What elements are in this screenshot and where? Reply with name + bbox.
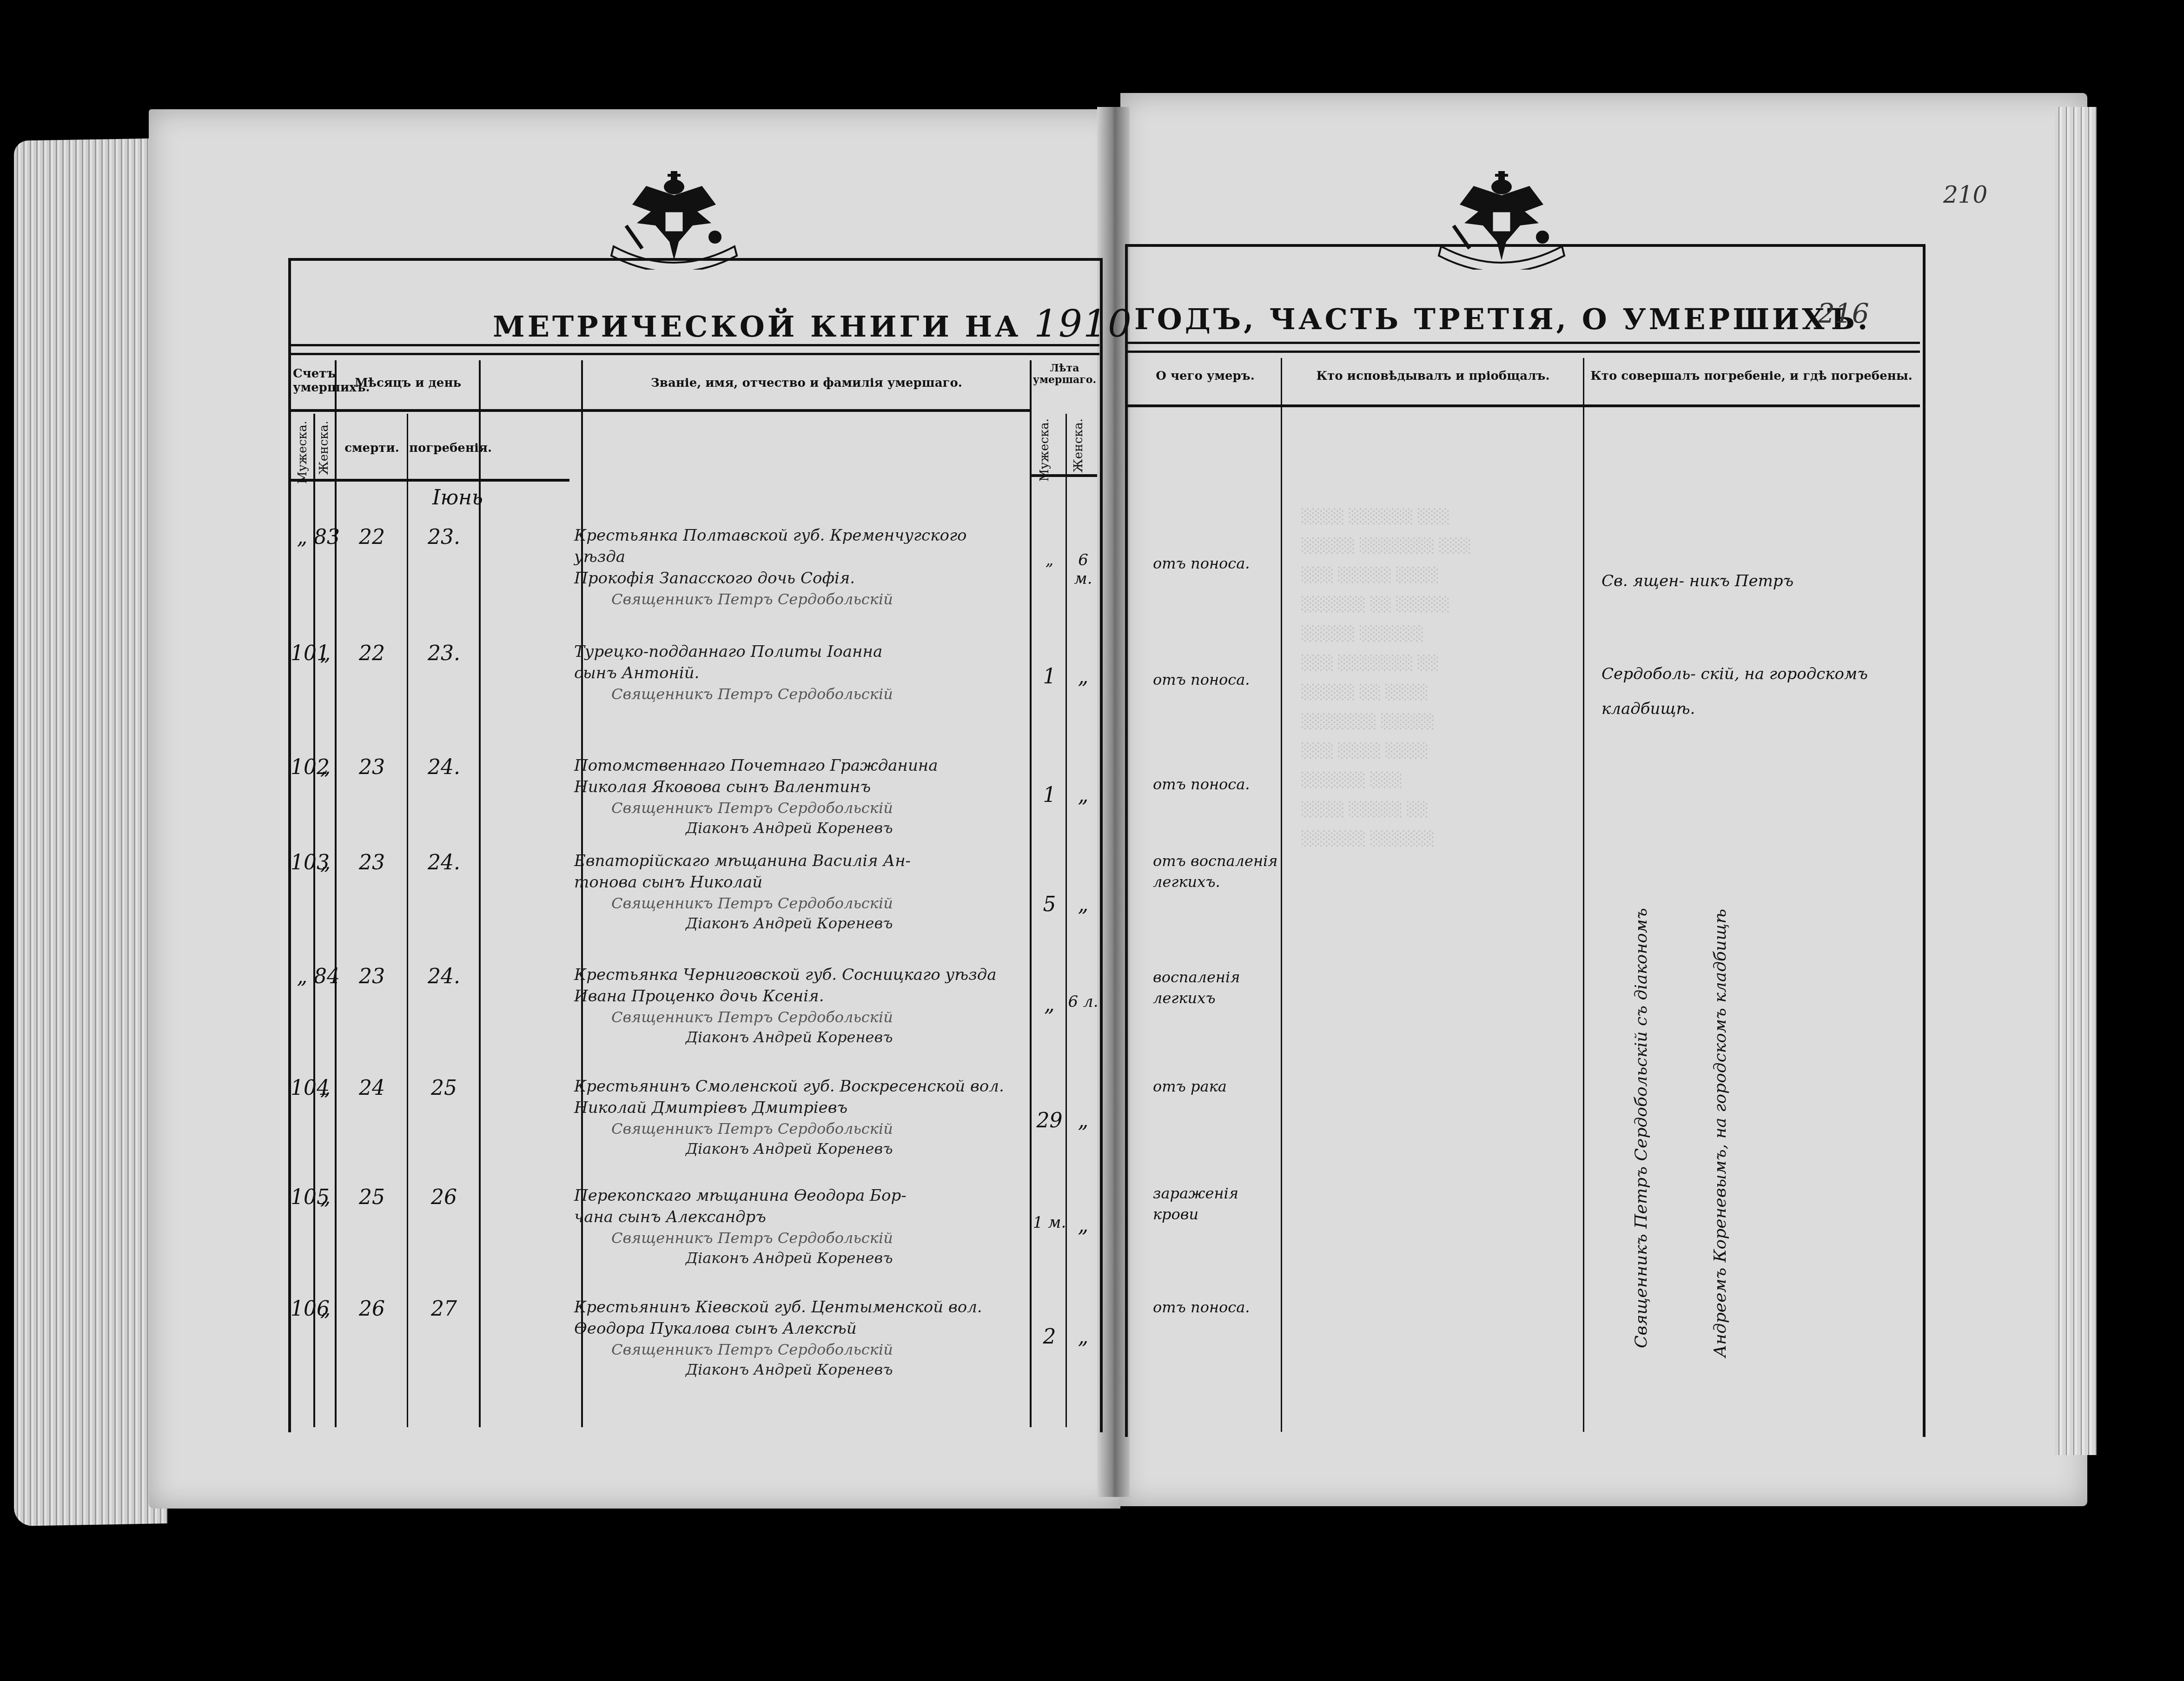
entry-female-no: „ [314, 1185, 337, 1209]
entry-burial-day: 23. [409, 642, 479, 665]
cause-of-death: отъ поноса. [1153, 669, 1278, 690]
entry-male-no: 106 [291, 1297, 314, 1321]
title-rule-right [1127, 342, 1920, 353]
entry-burial-day: 26 [409, 1185, 479, 1209]
entry-burial-day: 23. [409, 525, 479, 549]
entry-name-line: Прокофія Запасского дочь Софія. [574, 568, 1020, 589]
cause-of-death: отъ поноса. [1153, 774, 1278, 795]
printed-page-number: 216 [1818, 298, 1869, 329]
entry-death-day: 22 [337, 525, 407, 549]
entry-name-line: Николай Дмитріевъ Дмитріевъ [574, 1098, 1020, 1119]
entry-male-no: 102 [291, 755, 314, 779]
priest-signature: Священникъ Петръ Сердобольскій [574, 1119, 1020, 1139]
year-handwritten: 1910 [1034, 302, 1132, 345]
entry-name-line: Крестьянка Полтавской губ. Кременчугског… [574, 525, 1020, 568]
entry-female-no: „ [314, 851, 337, 874]
entry-female-no: „ [314, 755, 337, 779]
entry-name: Турецко-подданнаго Политы Іоанна сынъ Ан… [574, 642, 1020, 704]
entry-age-female: „ [1067, 665, 1099, 688]
deacon-signature: Діаконъ Андрей Кореневъ [574, 1027, 1020, 1047]
entry-death-day: 26 [337, 1297, 407, 1321]
entry-burial-day: 24. [409, 755, 479, 779]
col-line [313, 414, 315, 1427]
header-day-death: смерти. [337, 442, 407, 456]
cause-of-death: отъ поноса. [1153, 1297, 1278, 1318]
archival-page-number: 210 [1943, 181, 1987, 208]
header-count-deceased: Счетъ умершихъ. [293, 367, 335, 395]
entry-death-day: 23 [337, 755, 407, 779]
entry-male-no: 101 [291, 642, 314, 665]
entry-female-no: „ [314, 642, 337, 665]
header-age: Лѣта умершаго. [1032, 363, 1097, 386]
entry-name: Крестьянка Черниговской губ. Сосницкаго … [574, 965, 1020, 1047]
priest-signature: Священникъ Петръ Сердобольскій [574, 589, 1020, 609]
entry-female-no: 84 [314, 965, 337, 988]
entry-name-line: Турецко-подданнаго Политы Іоанна [574, 642, 1020, 663]
header-count-female: Женска. [317, 421, 331, 477]
entry-death-day: 22 [337, 642, 407, 665]
entry-name: Евпаторійскаго мѣщанина Василія Ан- тоно… [574, 851, 1020, 933]
header-divider [291, 409, 1030, 412]
header-confession: Кто исповѣдывалъ и пріобщалъ. [1283, 370, 1583, 384]
title-left: МЕТРИЧЕСКОЙ КНИГИ НА 1910 [493, 302, 1132, 345]
col-line [335, 360, 337, 1427]
entry-burial-day: 25 [409, 1076, 479, 1100]
entry-male-no: 103 [291, 851, 314, 874]
subheader-divider [291, 479, 569, 482]
entry-age-female: 6 л. [1067, 993, 1099, 1011]
entry-death-day: 24 [337, 1076, 407, 1100]
entry-age-male: 2 [1032, 1325, 1067, 1349]
entry-burial-day: 24. [409, 851, 479, 874]
month-note: Іюнь [432, 486, 483, 510]
header-count-male: Мужеска. [296, 421, 310, 486]
header-month-day: Мѣсяцъ и день [337, 377, 479, 390]
entry-age-male: „ [1032, 551, 1067, 569]
cause-of-death: отъ воспаленія легкихъ. [1153, 851, 1278, 893]
entry-age-female: „ [1067, 893, 1099, 916]
col-line [407, 414, 408, 1427]
entry-burial-day: 24. [409, 965, 479, 988]
entry-name-line: Ѳеодора Пукалова сынъ Алексѣй [574, 1318, 1020, 1340]
entry-age-male: „ [1032, 993, 1067, 1016]
entry-age-male: 29 [1032, 1109, 1067, 1132]
entry-death-day: 23 [337, 965, 407, 988]
header-cause: О чего умеръ. [1130, 370, 1281, 384]
priest-signature: Священникъ Петръ Сердобольскій [574, 1007, 1020, 1027]
entry-name-line: Перекопскаго мѣщанина Ѳеодора Бор- [574, 1185, 1020, 1207]
entry-name-line: Ивана Проценко дочь Ксенія. [574, 986, 1020, 1007]
entry-male-no: „ [291, 965, 314, 988]
entry-name-line: Николая Яковова сынъ Валентинъ [574, 777, 1020, 798]
header-age-male: Мужеска. [1038, 418, 1052, 483]
col-line [1030, 360, 1032, 1427]
entry-name-line: сынъ Антоній. [574, 663, 1020, 684]
header-divider [1127, 404, 1920, 407]
entry-male-no: „ [291, 525, 314, 549]
entry-age-female: „ [1067, 1325, 1099, 1349]
entry-name: Потомственнаго Почетнаго Гражданина Нико… [574, 755, 1020, 838]
entry-age-female: „ [1067, 1109, 1099, 1132]
header-age-female: Женска. [1072, 418, 1085, 475]
entry-name: Крестьянка Полтавской губ. Кременчугског… [574, 525, 1020, 609]
entry-age-female: „ [1067, 1213, 1099, 1237]
title-rule-left [291, 344, 1099, 355]
entry-name: Перекопскаго мѣщанина Ѳеодора Бор- чана … [574, 1185, 1020, 1268]
cause-of-death: отъ поноса. [1153, 553, 1278, 574]
header-day-burial: погребенія. [409, 442, 479, 456]
entry-female-no: „ [314, 1076, 337, 1100]
header-name: Званіе, имя, отчество и фамилія умершаго… [583, 377, 1030, 390]
entry-name-line: Крестьянка Черниговской губ. Сосницкаго … [574, 965, 1020, 986]
entry-name: Крестьянинъ Смоленской губ. Воскресенско… [574, 1076, 1020, 1159]
col-line [1583, 358, 1584, 1432]
burial-text-line: Св. ящен- никъ Петръ [1602, 572, 1794, 590]
entry-name-line: Евпаторійскаго мѣщанина Василія Ан- [574, 851, 1020, 872]
priest-signature: Священникъ Петръ Сердобольскій [574, 798, 1020, 818]
imperial-eagle-crest-icon [604, 167, 744, 270]
entry-age-male: 1 [1032, 665, 1067, 688]
entry-death-day: 23 [337, 851, 407, 874]
entry-name-line: Потомственнаго Почетнаго Гражданина [574, 755, 1020, 777]
deacon-signature: Діаконъ Андрей Кореневъ [574, 913, 1020, 933]
entry-name-line: Крестьянинъ Кіевской губ. Центыменской в… [574, 1297, 1020, 1318]
entry-age-male: 1 [1032, 783, 1067, 807]
burial-text-vertical: Андреемъ Кореневымъ, на городскомъ кладб… [1711, 697, 1730, 1357]
title-right: ГОДЪ, ЧАСТЬ ТРЕТІЯ, О УМЕРШИХЪ. [1134, 302, 1870, 336]
deacon-signature: Діаконъ Андрей Кореневъ [574, 1360, 1020, 1380]
entry-age-male: 1 м. [1032, 1213, 1067, 1232]
entry-female-no: „ [314, 1297, 337, 1321]
priest-signature: Священникъ Петръ Сердобольскій [574, 893, 1020, 913]
burial-text-vertical: Священникъ Петръ Сердобольскій съ діакон… [1632, 707, 1651, 1348]
cause-of-death: отъ рака [1153, 1076, 1278, 1097]
deacon-signature: Діаконъ Андрей Кореневъ [574, 818, 1020, 838]
entry-name-line: Крестьянинъ Смоленской губ. Воскресенско… [574, 1076, 1020, 1098]
entry-death-day: 25 [337, 1185, 407, 1209]
header-burial: Кто совершалъ погребеніе, и гдѣ погребен… [1585, 370, 1918, 384]
entry-age-female: 6 м. [1067, 551, 1099, 588]
entry-age-female: „ [1067, 783, 1099, 807]
cause-of-death: зараженія крови [1153, 1183, 1278, 1225]
entry-female-no: 83 [314, 525, 337, 549]
priest-signature: Священникъ Петръ Сердобольскій [574, 1228, 1020, 1248]
book-page-edges-right [2055, 107, 2097, 1455]
entry-age-male: 5 [1032, 893, 1067, 916]
entry-name: Крестьянинъ Кіевской губ. Центыменской в… [574, 1297, 1020, 1380]
burial-text-line: Сердоболь- скій, на городскомъ [1602, 665, 1868, 683]
cause-of-death: воспаленія легкихъ [1153, 967, 1278, 1009]
col-line [1281, 358, 1282, 1432]
entry-burial-day: 27 [409, 1297, 479, 1321]
entry-name-line: чана сынъ Александръ [574, 1207, 1020, 1228]
bleed-through-text: ░░░░ ░░░░░░ ░░░░░░░░ ░░░░░░░ ░░░░░░ ░░░░… [1302, 502, 1571, 854]
deacon-signature: Діаконъ Андрей Кореневъ [574, 1139, 1020, 1159]
deacon-signature: Діаконъ Андрей Кореневъ [574, 1248, 1020, 1268]
entry-male-no: 105 [291, 1185, 314, 1209]
entry-male-no: 104 [291, 1076, 314, 1100]
col-line [479, 360, 481, 1427]
book-page-edges-left [14, 138, 167, 1526]
entry-name-line: тонова сынъ Николай [574, 872, 1020, 893]
priest-signature: Священникъ Петръ Сердобольскій [574, 1340, 1020, 1360]
priest-signature: Священникъ Петръ Сердобольскій [574, 684, 1020, 704]
